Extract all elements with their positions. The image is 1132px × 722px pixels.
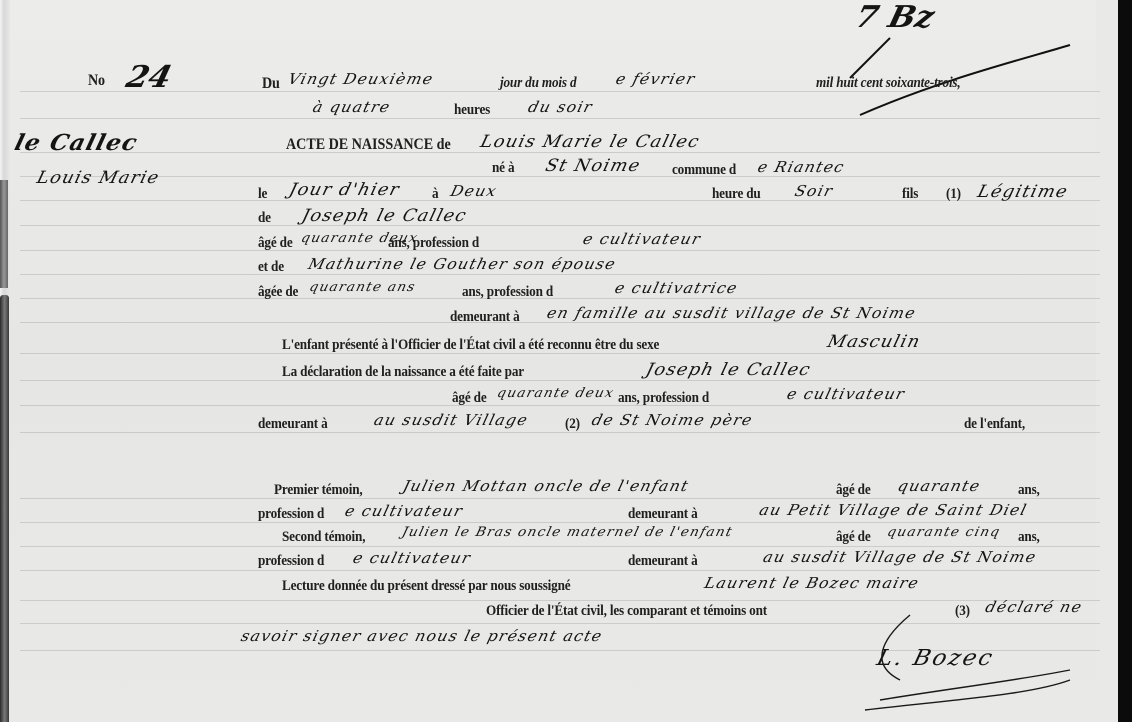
margin-surname: le Callec — [12, 130, 141, 156]
father-profession-handwritten: e cultivateur — [581, 230, 703, 248]
year-printed: mil huit cent soixante-trois, — [816, 75, 961, 92]
label-heure-du: heure du — [712, 186, 761, 203]
label-demeurant-witness2: demeurant à — [628, 553, 698, 570]
witness1-name-handwritten: Julien Mottan oncle de l'enfant — [401, 477, 691, 495]
parents-residence-handwritten: en famille au susdit village de St Noime — [545, 304, 918, 322]
label-age-witness1: âgé de — [836, 482, 871, 499]
label-lecture: Lecture donnée du présent dressé par nou… — [282, 578, 570, 595]
label-de: de — [258, 210, 271, 227]
child-name-handwritten: Louis Marie le Callec — [478, 132, 702, 152]
scan-dark-border — [1118, 0, 1132, 722]
label-ans-profession-mother: ans, profession d — [462, 284, 553, 301]
label-second-temoin: Second témoin, — [282, 529, 365, 546]
declarant-name-handwritten: Joseph le Callec — [644, 360, 814, 380]
final-line-handwritten: savoir signer avec nous le présent acte — [239, 627, 605, 645]
signature-flourish — [860, 610, 1080, 720]
legitimacy-handwritten: Légitime — [975, 182, 1070, 202]
label-sexe: L'enfant présenté à l'Officier de l'État… — [282, 337, 659, 354]
commune-handwritten: e Riantec — [756, 158, 847, 176]
acte-title: ACTE DE NAISSANCE de — [286, 136, 451, 154]
binding-cord — [0, 295, 9, 722]
witness2-residence-handwritten: au susdit Village de St Noime — [761, 548, 1038, 566]
witness1-profession-handwritten: e cultivateur — [343, 502, 465, 520]
declarant-relation-handwritten: de St Noime père — [590, 411, 755, 429]
binding-cord-top — [0, 180, 8, 288]
witness2-age-handwritten: quarante cinq — [885, 525, 1002, 540]
register-number-label: No — [88, 72, 105, 90]
label-heures: heures — [454, 102, 490, 119]
label-du: Du — [262, 75, 280, 93]
declarant-age-handwritten: quarante deux — [495, 386, 615, 401]
witness2-name-handwritten: Julien le Bras oncle maternel de l'enfan… — [400, 525, 734, 540]
label-profession-witness2: profession d — [258, 553, 324, 570]
label-declaration: La déclaration de la naissance a été fai… — [282, 364, 524, 381]
mother-profession-handwritten: e cultivatrice — [613, 279, 740, 297]
label-fils: fils — [902, 186, 918, 203]
label-ans-profession-declarant: ans, profession d — [618, 390, 709, 407]
mother-age-handwritten: quarante ans — [308, 280, 418, 295]
corner-flourish-stroke — [820, 20, 1080, 120]
birth-period-handwritten: Soir — [793, 182, 835, 200]
label-age-witness2: âgé de — [836, 529, 871, 546]
label-officier: Officier de l'État civil, les comparant … — [486, 603, 767, 620]
day-handwritten: Vingt Deuxième — [286, 70, 435, 88]
label-le: le — [258, 186, 267, 203]
label-ans-witness1: ans, — [1018, 482, 1040, 499]
period-handwritten: du soir — [526, 98, 595, 116]
declarant-residence-handwritten: au susdit Village — [372, 411, 530, 429]
birth-hour-handwritten: Deux — [449, 182, 500, 200]
witness2-profession-handwritten: e cultivateur — [351, 549, 473, 567]
label-de-l-enfant: de l'enfant, — [964, 416, 1025, 433]
witness1-residence-handwritten: au Petit Village de Saint Diel — [757, 501, 1029, 519]
footnote-2: (2) — [565, 416, 580, 433]
hour-handwritten: à quatre — [311, 98, 393, 116]
month-handwritten: e février — [614, 70, 698, 88]
label-jour-du-mois: jour du mois d — [500, 75, 576, 92]
label-a: à — [432, 186, 438, 203]
sex-handwritten: Masculin — [825, 332, 923, 352]
witness1-age-handwritten: quarante — [896, 477, 983, 495]
label-agee-mother: âgée de — [258, 284, 298, 301]
label-demeurant-declarant: demeurant à — [258, 416, 328, 433]
label-ans-witness2: ans, — [1018, 529, 1040, 546]
label-commune: commune d — [672, 162, 736, 179]
birth-date-handwritten: Jour d'hier — [287, 180, 402, 200]
footnote-1: (1) — [946, 186, 961, 203]
father-name-handwritten: Joseph le Callec — [300, 206, 470, 226]
label-premier-temoin: Premier témoin, — [274, 482, 363, 499]
label-ne-a: né à — [492, 160, 514, 177]
label-age-declarant: âgé de — [452, 390, 487, 407]
label-et-de: et de — [258, 259, 284, 276]
margin-given-names: Louis Marie — [35, 168, 162, 188]
register-number: 24 — [123, 60, 176, 95]
label-demeurant-witness1: demeurant à — [628, 506, 698, 523]
declarant-profession-handwritten: e cultivateur — [785, 385, 907, 403]
birthplace-handwritten: St Noime — [543, 156, 643, 176]
register-page: 7 Bz No 24 le Callec Louis Marie Du Ving… — [0, 0, 1096, 722]
label-demeurant-parents: demeurant à — [450, 309, 520, 326]
mother-name-handwritten: Mathurine le Gouther son épouse — [306, 255, 618, 273]
label-ans-profession-father: ans, profession d — [388, 235, 479, 252]
officer-name-handwritten: Laurent le Bozec maire — [703, 574, 922, 592]
label-age-father: âgé de — [258, 235, 293, 252]
label-profession-witness1: profession d — [258, 506, 324, 523]
